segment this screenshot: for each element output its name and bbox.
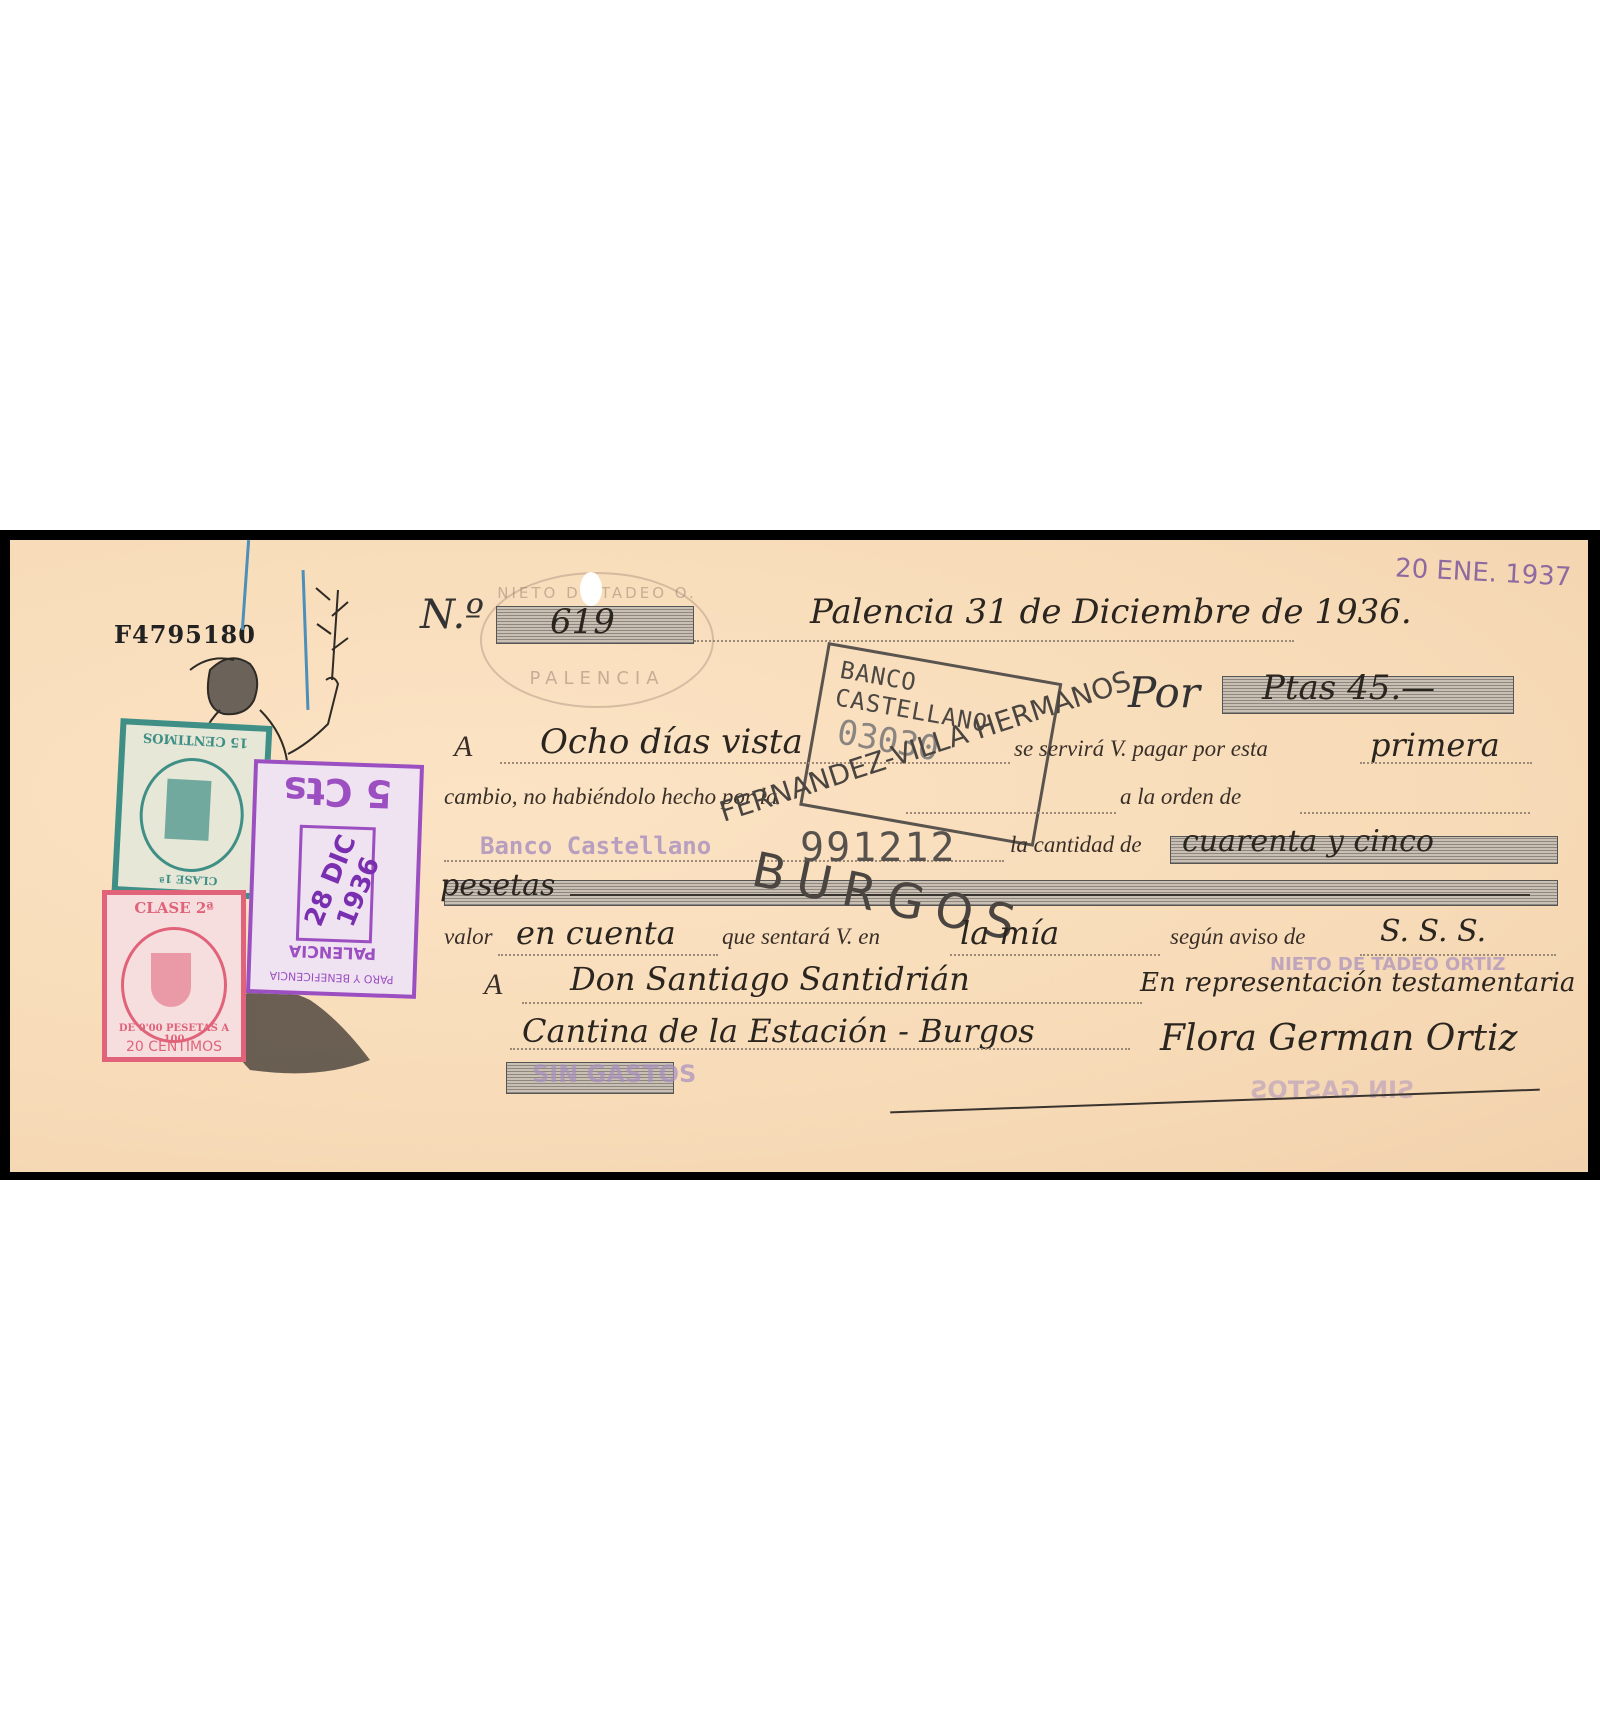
account-owner: la mía bbox=[960, 914, 1059, 952]
dotted-line bbox=[498, 954, 718, 956]
received-date-stamp: 20 ENE. 1937 bbox=[1394, 553, 1572, 592]
dotted-line bbox=[1300, 812, 1530, 814]
no-expenses-stamp: SIN GASTOS bbox=[532, 1060, 696, 1088]
value-type: en cuenta bbox=[516, 914, 676, 952]
line5-prefix: valor bbox=[444, 924, 493, 950]
line1-text: se servirá V. pagar por esta bbox=[1014, 736, 1268, 762]
document-frame: NIETO DE TADEO O. LA ANTIGUA PALENCIA F4… bbox=[0, 530, 1600, 1180]
number-label: N.º bbox=[420, 592, 484, 638]
drawee-name: Don Santiago Santidrián bbox=[570, 960, 970, 998]
signature: Flora German Ortiz bbox=[1160, 1018, 1517, 1059]
line2-order: a la orden de bbox=[1120, 784, 1241, 810]
punch-hole bbox=[580, 572, 602, 606]
revenue-stamp-purple: 5 Cts 28 DIC 1936 PALENCIA PARO Y BENEFI… bbox=[246, 759, 424, 999]
place-date: Palencia 31 de Diciembre de 1936. bbox=[810, 592, 1412, 632]
amount-label: Por bbox=[1128, 668, 1200, 717]
revenue-stamp-red: CLASE 2ª DE 0'00 PESETAS A 100 20 CENTIM… bbox=[102, 890, 246, 1062]
currency-line bbox=[570, 894, 1530, 896]
line1-prefix: A bbox=[454, 730, 472, 764]
advice-label: según aviso de bbox=[1170, 924, 1305, 950]
payee-stamp: Banco Castellano bbox=[480, 832, 711, 860]
dotted-line bbox=[500, 762, 1010, 764]
number-value: 619 bbox=[550, 602, 615, 642]
revenue-stamp-green: 15 CENTIMOS CLASE 1ª bbox=[112, 718, 273, 900]
amount-value: Ptas 45.— bbox=[1262, 668, 1435, 708]
crown-emblem-icon bbox=[164, 779, 211, 841]
line3-text: la cantidad de bbox=[1010, 832, 1142, 858]
advice-value: S. S. S. bbox=[1380, 914, 1486, 949]
dotted-line bbox=[1360, 762, 1532, 764]
representation-note: En representación testamentaria bbox=[1140, 968, 1575, 998]
copy-number: primera bbox=[1370, 726, 1500, 764]
dotted-line bbox=[906, 812, 1116, 814]
drawee-address: Cantina de la Estación - Burgos bbox=[522, 1012, 1035, 1050]
bill-of-exchange: NIETO DE TADEO O. LA ANTIGUA PALENCIA F4… bbox=[10, 540, 1588, 1172]
amount-words-1: cuarenta y cinco bbox=[1182, 824, 1434, 859]
line5-text: que sentará V. en bbox=[722, 924, 880, 950]
dotted-line bbox=[694, 640, 1294, 642]
dotted-line bbox=[522, 1002, 1142, 1004]
drawee-prefix: A bbox=[484, 968, 502, 1002]
term: Ocho días vista bbox=[540, 722, 803, 762]
coat-of-arms-icon bbox=[151, 953, 191, 1007]
dotted-line bbox=[950, 954, 1160, 956]
signature-flourish bbox=[890, 1089, 1540, 1114]
dotted-line bbox=[510, 1048, 1130, 1050]
amount-words-2: pesetas bbox=[440, 868, 555, 903]
